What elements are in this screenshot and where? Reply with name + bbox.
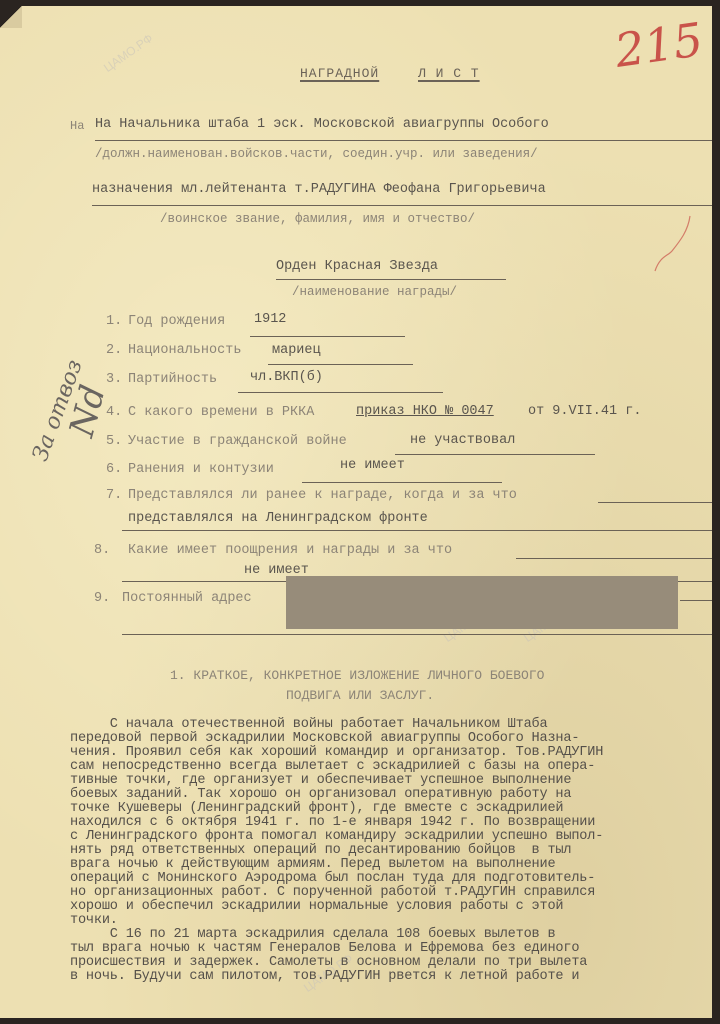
document-title-right: Л И С Т [418, 66, 480, 81]
red-pencil-mark-icon [650, 211, 700, 281]
field-value-party: чл.ВКП(б) [250, 370, 323, 385]
underline [95, 140, 712, 141]
underline [598, 502, 712, 503]
underline [250, 336, 405, 337]
citation-line: врага ночью к действующим армиям. Перед … [70, 858, 603, 872]
field-value-service-since: приказ НКО № 0047 [356, 404, 494, 419]
citation-line: сам непосредственно всегда вылетает с эс… [70, 760, 603, 774]
citation-line: точке Кушеверы (Ленинградский фронт), гд… [70, 802, 603, 816]
underline [268, 364, 413, 365]
folded-corner [0, 6, 22, 28]
award-name: Орден Красная Звезда [276, 259, 438, 274]
field-label-party: Партийность [128, 372, 217, 387]
citation-line: передовой первой эскадрилии Московской а… [70, 732, 603, 746]
field-value-nationality: мариец [272, 343, 321, 358]
field-value-birth-year: 1912 [254, 312, 286, 327]
field-number: 6. [106, 462, 122, 477]
field-label-nationality: Национальность [128, 343, 241, 358]
underline [680, 600, 712, 601]
recipient-name-line: назначения мл.лейтенанта т.РАДУГИНА Феоф… [92, 182, 546, 197]
name-caption: /воинское звание, фамилия, имя и отчеств… [160, 212, 475, 226]
citation-line: в ночь. Будучи сам пилотом, тов.РАДУГИН … [70, 970, 603, 984]
field-value-wounds: не имеет [340, 458, 405, 473]
watermark: ЦАМО.РФ [101, 31, 155, 75]
field-value-service-date: от 9.VII.41 г. [528, 404, 641, 419]
underline [238, 392, 443, 393]
field-number: 8. [94, 543, 110, 558]
position-line: На Начальника штаба 1 эск. Московской ав… [95, 117, 549, 132]
citation-line: С начала отечественной войны работает На… [70, 718, 603, 732]
field-value-previous-awards: представлялся на Ленинградском фронте [128, 511, 428, 526]
citation-line: С 16 по 21 марта эскадрилия сделала 108 … [70, 928, 603, 942]
citation-line: с Ленинградского фронта помогал командир… [70, 830, 603, 844]
underline [122, 530, 712, 531]
underline [302, 482, 502, 483]
field-value-civil-war: не участвовал [410, 433, 515, 448]
field-label-wounds: Ранения и контузии [128, 462, 274, 477]
field-number: 9. [94, 591, 110, 606]
section-heading: 1. КРАТКОЕ, КОНКРЕТНОЕ ИЗЛОЖЕНИЕ ЛИЧНОГО… [170, 668, 544, 683]
field-label-birth-year: Год рождения [128, 314, 225, 329]
citation-line: происшествия и задержек. Самолеты в осно… [70, 956, 603, 970]
section-heading: ПОДВИГА ИЛИ ЗАСЛУГ. [286, 688, 434, 703]
field-number: 3. [106, 372, 122, 387]
citation-line: тыл врага ночью к частям Генералов Белов… [70, 942, 603, 956]
prefix-label: На [70, 119, 84, 133]
citation-line: чения. Проявил себя как хороший командир… [70, 746, 603, 760]
field-label-incentives: Какие имеет поощрения и награды и за что [128, 543, 452, 558]
field-number: 4. [106, 405, 122, 420]
award-caption: /наименование награды/ [292, 285, 457, 299]
citation-line: тивные точки, где организует и обеспечив… [70, 774, 603, 788]
citation-line: точки. [70, 914, 603, 928]
field-label-service-since: С какого времени в РККА [128, 405, 314, 420]
archive-number: 215 [612, 12, 706, 78]
citation-line: находился с 6 октября 1941 г. по 1-е янв… [70, 816, 603, 830]
underline [92, 205, 712, 206]
underline [276, 279, 506, 280]
field-label-previous-awards: Представлялся ли ранее к награде, когда … [128, 488, 517, 503]
position-caption: /должн.наименован.войсков.части, соедин.… [95, 147, 538, 161]
citation-line: но организационных работ. С порученной р… [70, 886, 603, 900]
underline [516, 558, 712, 559]
citation-line: боевых заданий. Так хорошо он организова… [70, 788, 603, 802]
citation-line: хорошо и обеспечил эскадрилии нормальные… [70, 900, 603, 914]
field-number: 7. [106, 488, 122, 503]
citation-line: нять ряд ответственных операций по десан… [70, 844, 603, 858]
field-number: 2. [106, 343, 122, 358]
award-sheet-page: ЦАМО.РФ ЦАМО.РФ ЦАМО.РФ ЦАМО.РФ НАГРАДНО… [0, 6, 712, 1018]
underline [122, 634, 712, 635]
field-label-civil-war: Участие в гражданской войне [128, 434, 347, 449]
field-label-address: Постоянный адрес [122, 591, 252, 606]
citation-line: операций с Монинского Аэродрома был посл… [70, 872, 603, 886]
document-title-left: НАГРАДНОЙ [300, 66, 379, 81]
field-number: 1. [106, 314, 122, 329]
citation-text: С начала отечественной войны работает На… [70, 718, 603, 984]
underline [395, 454, 595, 455]
redacted-address-block [286, 576, 678, 629]
field-number: 5. [106, 434, 122, 449]
